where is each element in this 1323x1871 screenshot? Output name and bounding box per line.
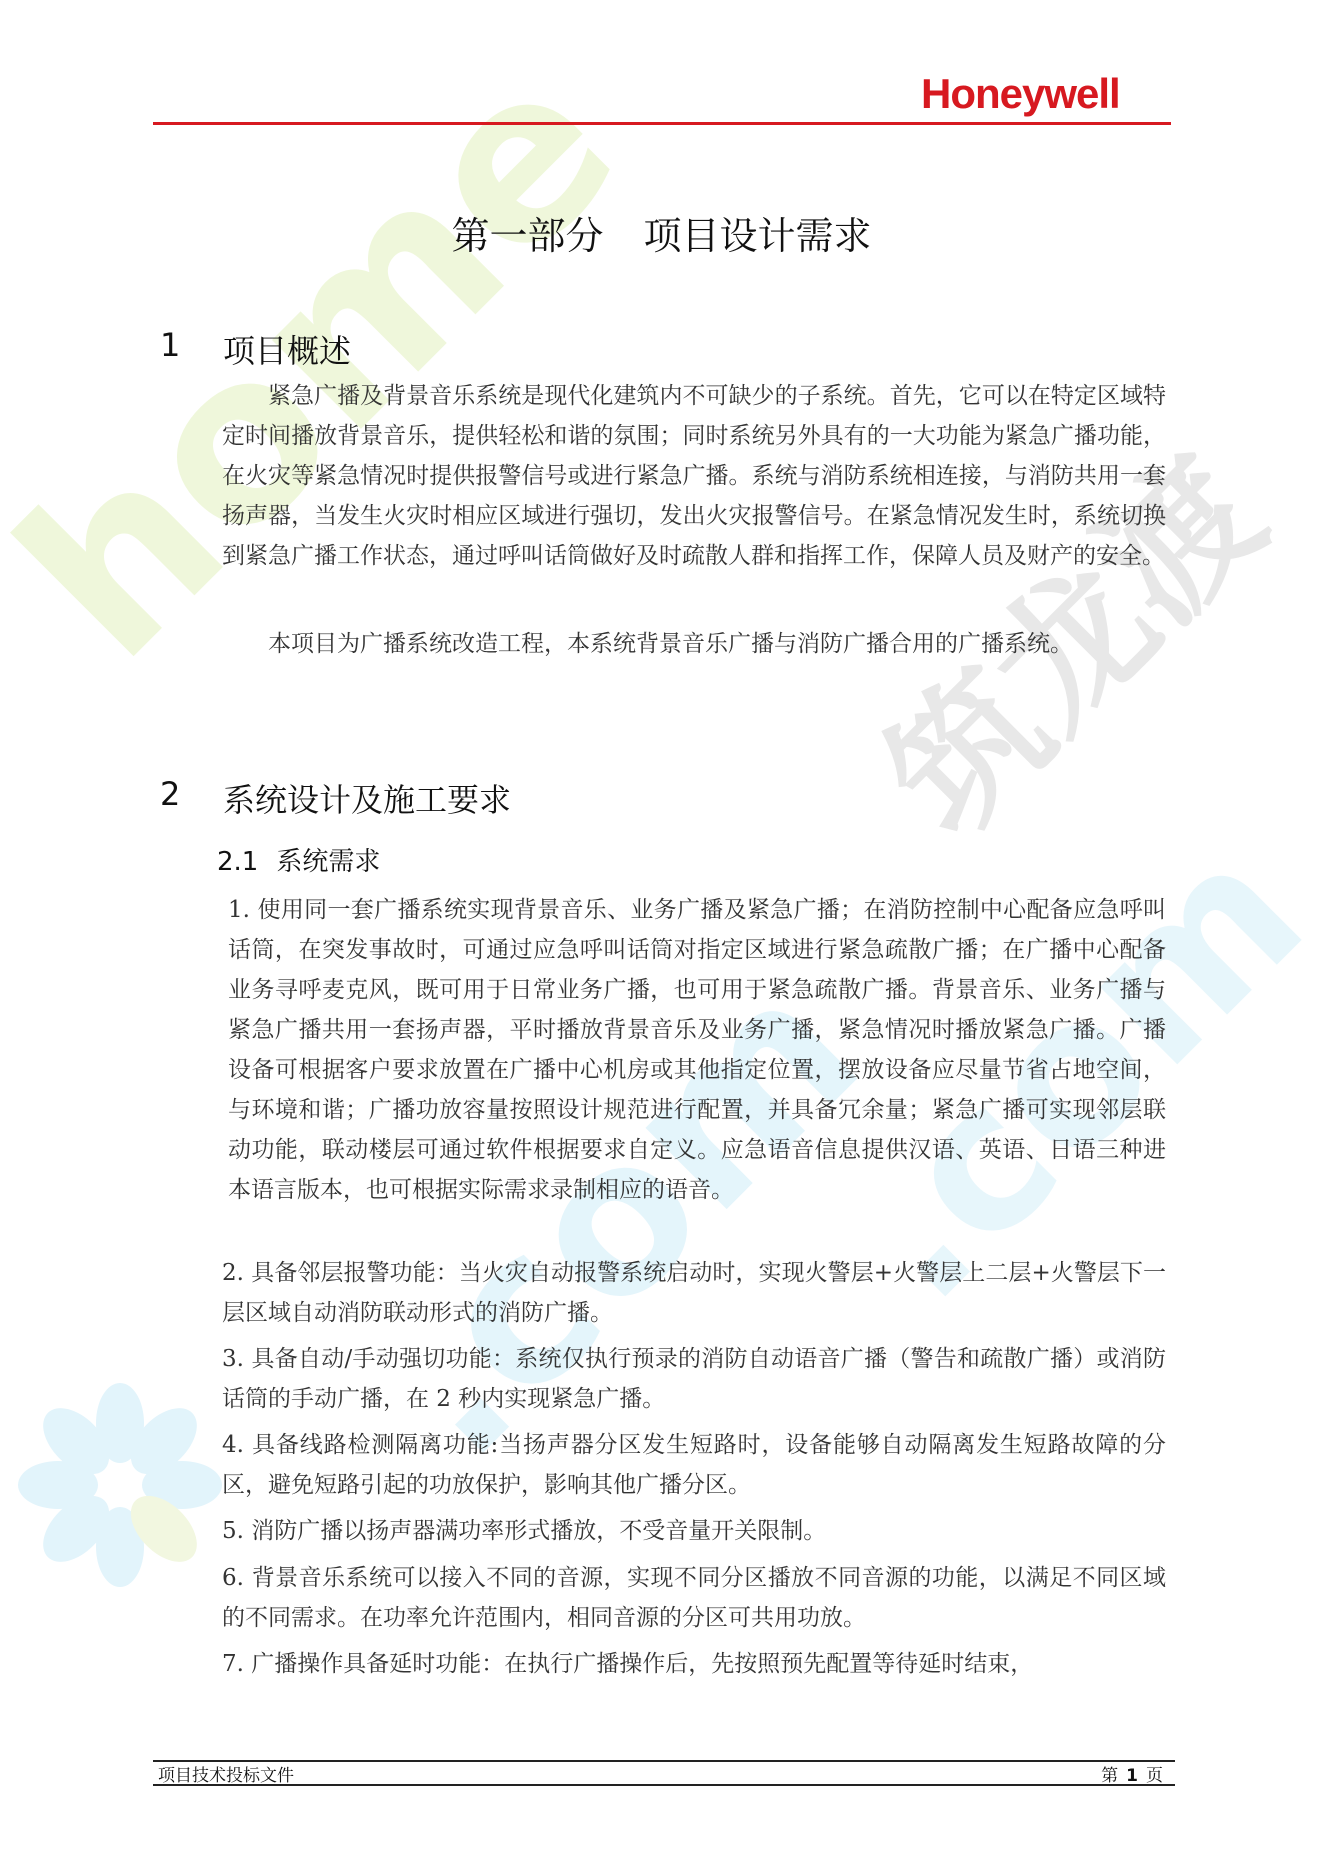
footer-document-name: 项目技术投标文件 (158, 1761, 294, 1786)
section-1-paragraph-1: 紧急广播及背景音乐系统是现代化建筑内不可缺少的子系统。首先，它可以在特定区域特定… (222, 376, 1166, 576)
requirement-item-7: 7. 广播操作具备延时功能：在执行广播操作后，先按照预先配置等待延时结束， (222, 1644, 1166, 1684)
subsection-number: 2.1 (217, 847, 258, 877)
footer-bottom-rule (153, 1784, 1175, 1786)
title-part: 第一部分 (451, 214, 603, 258)
header-divider (153, 122, 1171, 125)
page-number: 1 (1126, 1766, 1138, 1786)
requirement-item-2: 2. 具备邻层报警功能：当火灾自动报警系统启动时，实现火警层+火警层上二层+火警… (222, 1253, 1166, 1333)
requirement-item-5: 5. 消防广播以扬声器满功率形式播放，不受音量开关限制。 (222, 1511, 1166, 1551)
flower-logo-icon (15, 1380, 225, 1590)
section-number: 1 (160, 326, 180, 364)
honeywell-logo: Honeywell (921, 70, 1120, 118)
subsection-2-1-heading: 2.1系统需求 (217, 841, 380, 878)
subsection-title: 系统需求 (276, 847, 380, 877)
title-name: 项目设计需求 (644, 214, 872, 258)
footer-top-rule (153, 1760, 1175, 1762)
requirement-item-1: 1. 使用同一套广播系统实现背景音乐、业务广播及紧急广播；在消防控制中心配备应急… (228, 890, 1166, 1210)
requirement-item-4: 4. 具备线路检测隔离功能:当扬声器分区发生短路时，设备能够自动隔离发生短路故障… (222, 1425, 1166, 1505)
page-title: 第一部分项目设计需求 (0, 205, 1323, 260)
footer-page-number: 第1页 (1101, 1761, 1163, 1786)
page-suffix: 页 (1146, 1766, 1163, 1786)
section-title: 系统设计及施工要求 (223, 775, 511, 821)
section-title: 项目概述 (223, 326, 351, 372)
requirement-item-3: 3. 具备自动/手动强切功能：系统仅执行预录的消防自动语音广播（警告和疏散广播）… (222, 1339, 1166, 1419)
section-number: 2 (160, 775, 180, 813)
requirement-item-6: 6. 背景音乐系统可以接入不同的音源，实现不同分区播放不同音源的功能，以满足不同… (222, 1558, 1166, 1638)
page-prefix: 第 (1101, 1766, 1118, 1786)
section-1-paragraph-2: 本项目为广播系统改造工程，本系统背景音乐广播与消防广播合用的广播系统。 (222, 624, 1166, 664)
